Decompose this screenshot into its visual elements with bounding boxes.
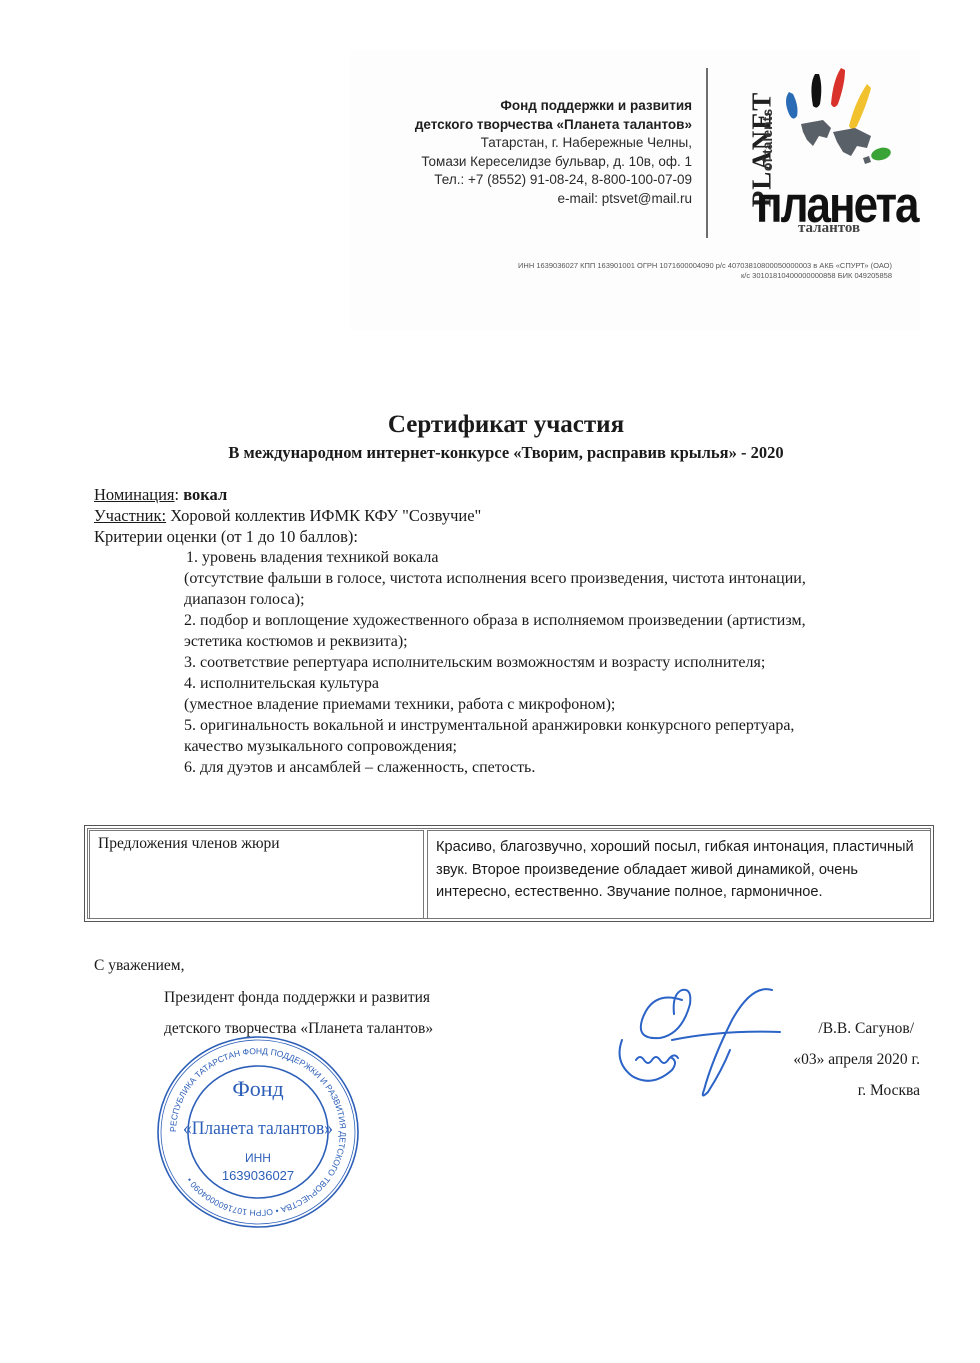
requisites-line1: ИНН 1639036027 КПП 163901001 ОГРН 107160… (518, 261, 892, 271)
letterhead-divider (706, 68, 708, 238)
svg-text:«Планета талантов»: «Планета талантов» (183, 1118, 333, 1139)
regards: С уважением, (94, 955, 185, 976)
svg-text:ИНН: ИНН (245, 1151, 271, 1165)
criteria-line: (уместное владение приемами техники, раб… (184, 694, 615, 715)
logo-word-of-talents: of talents (759, 109, 775, 171)
certificate-title: Сертификат участия (0, 411, 980, 439)
address-line1: Татарстан, г. Набережные Челны, (415, 134, 692, 153)
criteria-line: 2. подбор и воплощение художественного о… (184, 610, 806, 631)
nomination-label: Номинация (94, 485, 175, 504)
criteria-line: (отсутствие фальши в голосе, чистота исп… (184, 568, 806, 589)
participant-value: Хоровой коллектив ИФМК КФУ "Созвучие" (170, 506, 481, 525)
nomination-value: вокал (183, 485, 227, 504)
letterhead-contact: Фонд поддержки и развития детского творч… (415, 97, 692, 208)
sign-date: «03» апреля 2020 г. (793, 1049, 920, 1070)
address-line2: Томази Кереселидзе бульвар, д. 10в, оф. … (415, 153, 692, 172)
requisites-line2: к/с 30101810400000000858 БИК 049205858 (518, 271, 892, 281)
svg-text:1639036027: 1639036027 (222, 1168, 294, 1183)
jury-label: Предложения членов жюри (98, 835, 280, 853)
jury-label-cell: Предложения членов жюри (89, 830, 424, 919)
organization-stamp-icon: РЕСПУБЛИКА ТАТАРСТАН ФОНД ПОДДЕРЖКИ И РА… (156, 1034, 361, 1230)
certificate-subtitle: В международном интернет-конкурсе «Твори… (0, 443, 980, 463)
criteria-heading: Критерии оценки (от 1 до 10 баллов): (94, 526, 358, 547)
bank-requisites: ИНН 1639036027 КПП 163901001 ОГРН 107160… (518, 261, 892, 281)
org-name-line2: детского творчества «Планета талантов» (415, 116, 692, 135)
sign-city: г. Москва (858, 1080, 920, 1101)
criteria-line: 5. оригинальность вокальной и инструмент… (184, 715, 794, 736)
criteria-line: качество музыкального сопровождения; (184, 736, 457, 757)
position-line1: Президент фонда поддержки и развития (164, 987, 430, 1008)
criteria-line: 4. исполнительская культура (184, 673, 379, 694)
phone: Тел.: +7 (8552) 91-08-24, 8-800-100-07-0… (415, 171, 692, 190)
signature-icon (612, 980, 782, 1105)
jury-comment-cell: Красиво, благозвучно, хороший посыл, гиб… (427, 830, 931, 919)
signatory-name: /В.В. Сагунов/ (818, 1018, 914, 1039)
planet-of-talents-logo: PLANET of talents планета талантов (726, 62, 901, 242)
nomination-line: Номинация: вокал (94, 484, 227, 505)
logo-word-talantov: талантов (798, 220, 860, 237)
svg-text:Фонд: Фонд (232, 1076, 283, 1101)
criteria-line: диапазон голоса); (184, 589, 305, 610)
criteria-line: эстетика костюмов и реквизита); (184, 631, 408, 652)
criteria-line: 6. для дуэтов и ансамблей – слаженность,… (184, 757, 535, 778)
handprint-icon (771, 62, 901, 172)
jury-table: Предложения членов жюри Красиво, благозв… (84, 825, 934, 922)
org-name-line1: Фонд поддержки и развития (415, 97, 692, 116)
email: e-mail: ptsvet@mail.ru (415, 190, 692, 209)
participant-label: Участник: (94, 506, 166, 525)
criteria-line: 3. соответствие репертуара исполнительск… (184, 652, 765, 673)
participant-line: Участник: Хоровой коллектив ИФМК КФУ "Со… (94, 505, 481, 526)
jury-comment: Красиво, благозвучно, хороший посыл, гиб… (436, 836, 922, 904)
criteria-line: 1. уровень владения техникой вокала (186, 547, 438, 568)
